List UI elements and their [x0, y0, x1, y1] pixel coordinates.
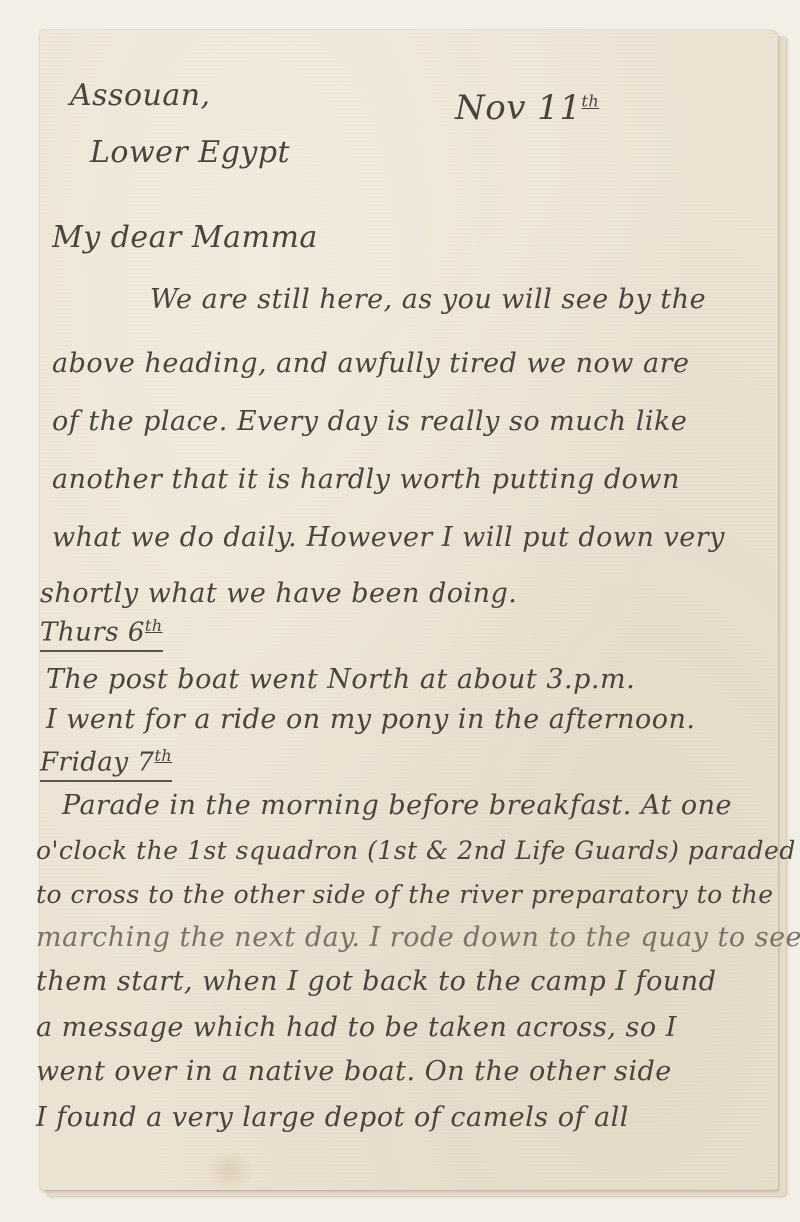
- intro-line: another that it is hardly worth putting …: [52, 464, 680, 495]
- entry-line: I went for a ride on my pony in the afte…: [46, 704, 696, 735]
- intro-line: of the place. Every day is really so muc…: [52, 406, 687, 437]
- date-text: Nov 11: [455, 88, 582, 128]
- intro-line: We are still here, as you will see by th…: [150, 284, 706, 315]
- date-suffix: th: [582, 92, 600, 111]
- entry-heading-text: Friday 7: [40, 748, 154, 778]
- entry-line: went over in a native boat. On the other…: [36, 1056, 672, 1087]
- place-line-2: Lower Egypt: [90, 135, 290, 170]
- place-line-1: Assouan,: [70, 78, 211, 113]
- entry-line: a message which had to be taken across, …: [36, 1012, 677, 1043]
- paper-stain: [205, 1150, 255, 1190]
- entry-line: to cross to the other side of the river …: [36, 880, 774, 909]
- entry-line: them start, when I got back to the camp …: [36, 966, 716, 997]
- entry-heading-text: Thurs 6: [40, 618, 145, 648]
- intro-line: what we do daily. However I will put dow…: [52, 522, 725, 553]
- entry-line: Parade in the morning before breakfast. …: [62, 790, 732, 821]
- intro-line: above heading, and awfully tired we now …: [52, 348, 689, 379]
- entry-heading-suffix: th: [145, 616, 163, 635]
- entry-line: o'clock the 1st squadron (1st & 2nd Life…: [36, 836, 796, 865]
- entry-heading-thursday: Thurs 6th: [40, 616, 163, 652]
- entry-heading-friday: Friday 7th: [40, 746, 172, 782]
- intro-line: shortly what we have been doing.: [40, 578, 517, 609]
- letter-date: Nov 11th: [455, 88, 599, 128]
- salutation: My dear Mamma: [52, 220, 318, 255]
- entry-line: marching the next day. I rode down to th…: [36, 922, 800, 953]
- entry-heading-suffix: th: [154, 746, 172, 765]
- entry-line: I found a very large depot of camels of …: [36, 1102, 629, 1133]
- entry-line: The post boat went North at about 3.p.m.: [46, 664, 635, 695]
